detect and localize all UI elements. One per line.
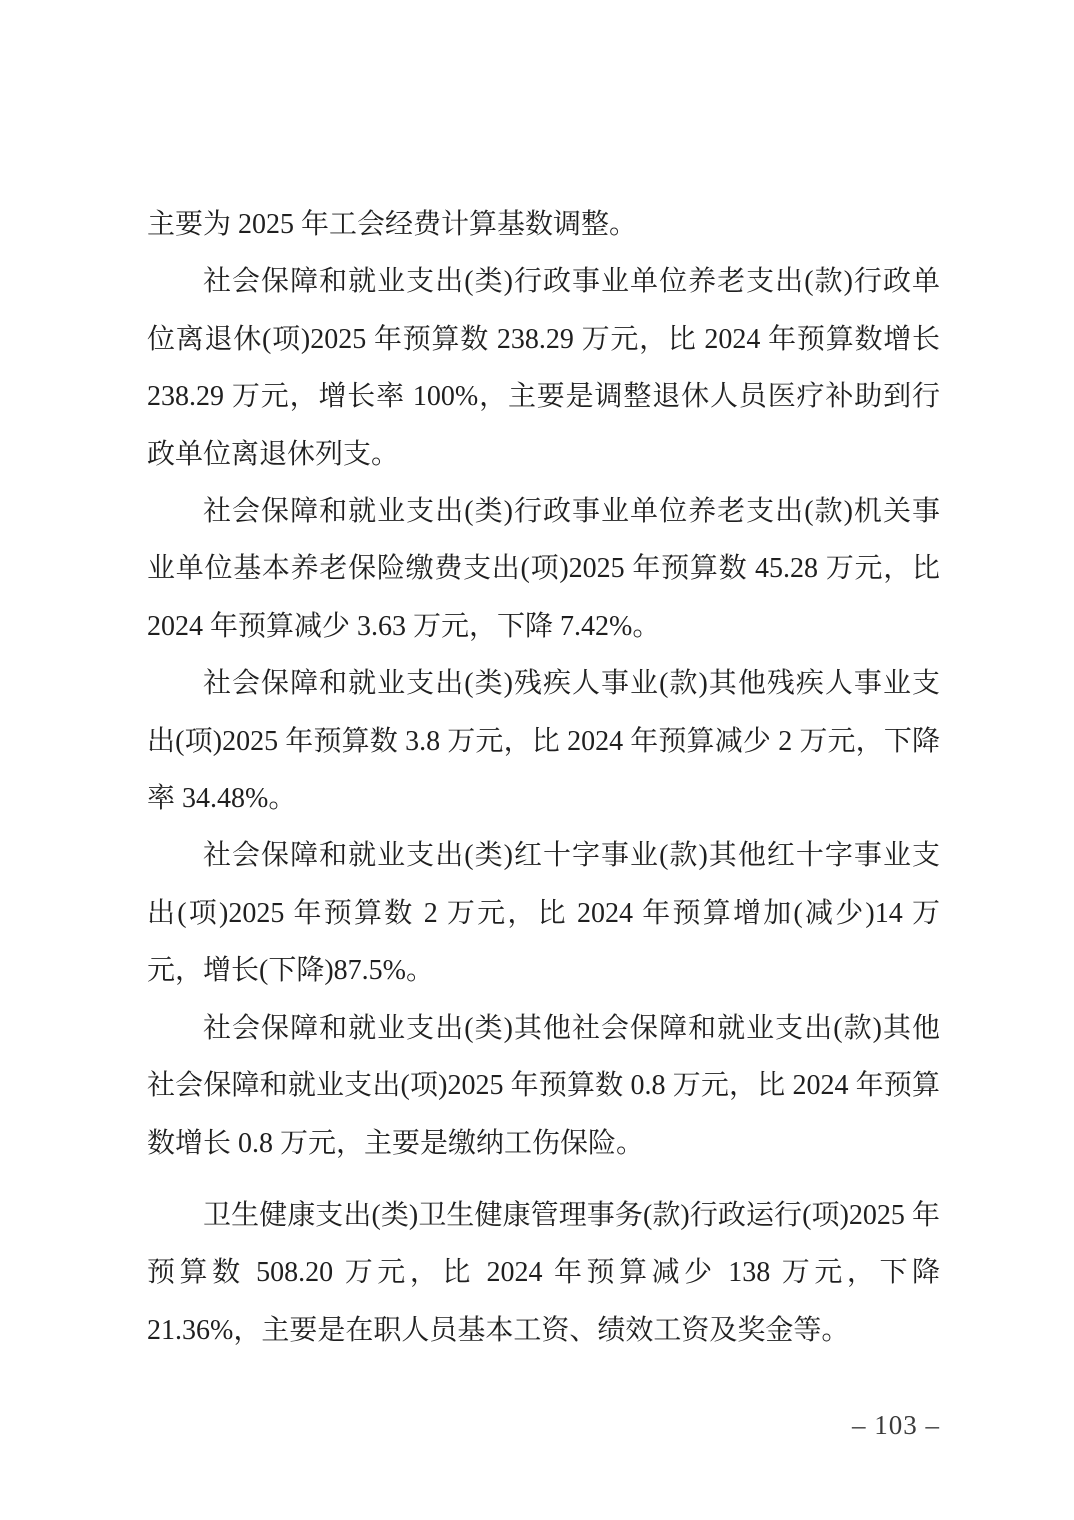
paragraph-other-social-security: 社会保障和就业支出(类)其他社会保障和就业支出(款)其他社会保障和就业支出(项)… [147, 1000, 940, 1172]
paragraph-basic-pension-insurance: 社会保障和就业支出(类)行政事业单位养老支出(款)机关事业单位基本养老保险缴费支… [147, 483, 940, 655]
document-body: 主要为 2025 年工会经费计算基数调整。 社会保障和就业支出(类)行政事业单位… [147, 196, 940, 1359]
paragraph-red-cross-programs: 社会保障和就业支出(类)红十字事业(款)其他红十字事业支出(项)2025 年预算… [147, 827, 940, 999]
paragraph-admin-retiree-pension: 社会保障和就业支出(类)行政事业单位养老支出(款)行政单位离退休(项)2025 … [147, 253, 940, 483]
paragraph-union-fee-adjustment: 主要为 2025 年工会经费计算基数调整。 [147, 196, 940, 253]
page-number: – 103 – [852, 1410, 940, 1440]
paragraph-health-admin-operations: 卫生健康支出(类)卫生健康管理事务(款)行政运行(项)2025 年预算数 508… [147, 1187, 940, 1359]
paragraph-disabled-persons-programs: 社会保障和就业支出(类)残疾人事业(款)其他残疾人事业支出(项)2025 年预算… [147, 655, 940, 827]
page-footer: – 103 – [147, 1410, 940, 1440]
document-page: 主要为 2025 年工会经费计算基数调整。 社会保障和就业支出(类)行政事业单位… [0, 0, 1074, 1520]
